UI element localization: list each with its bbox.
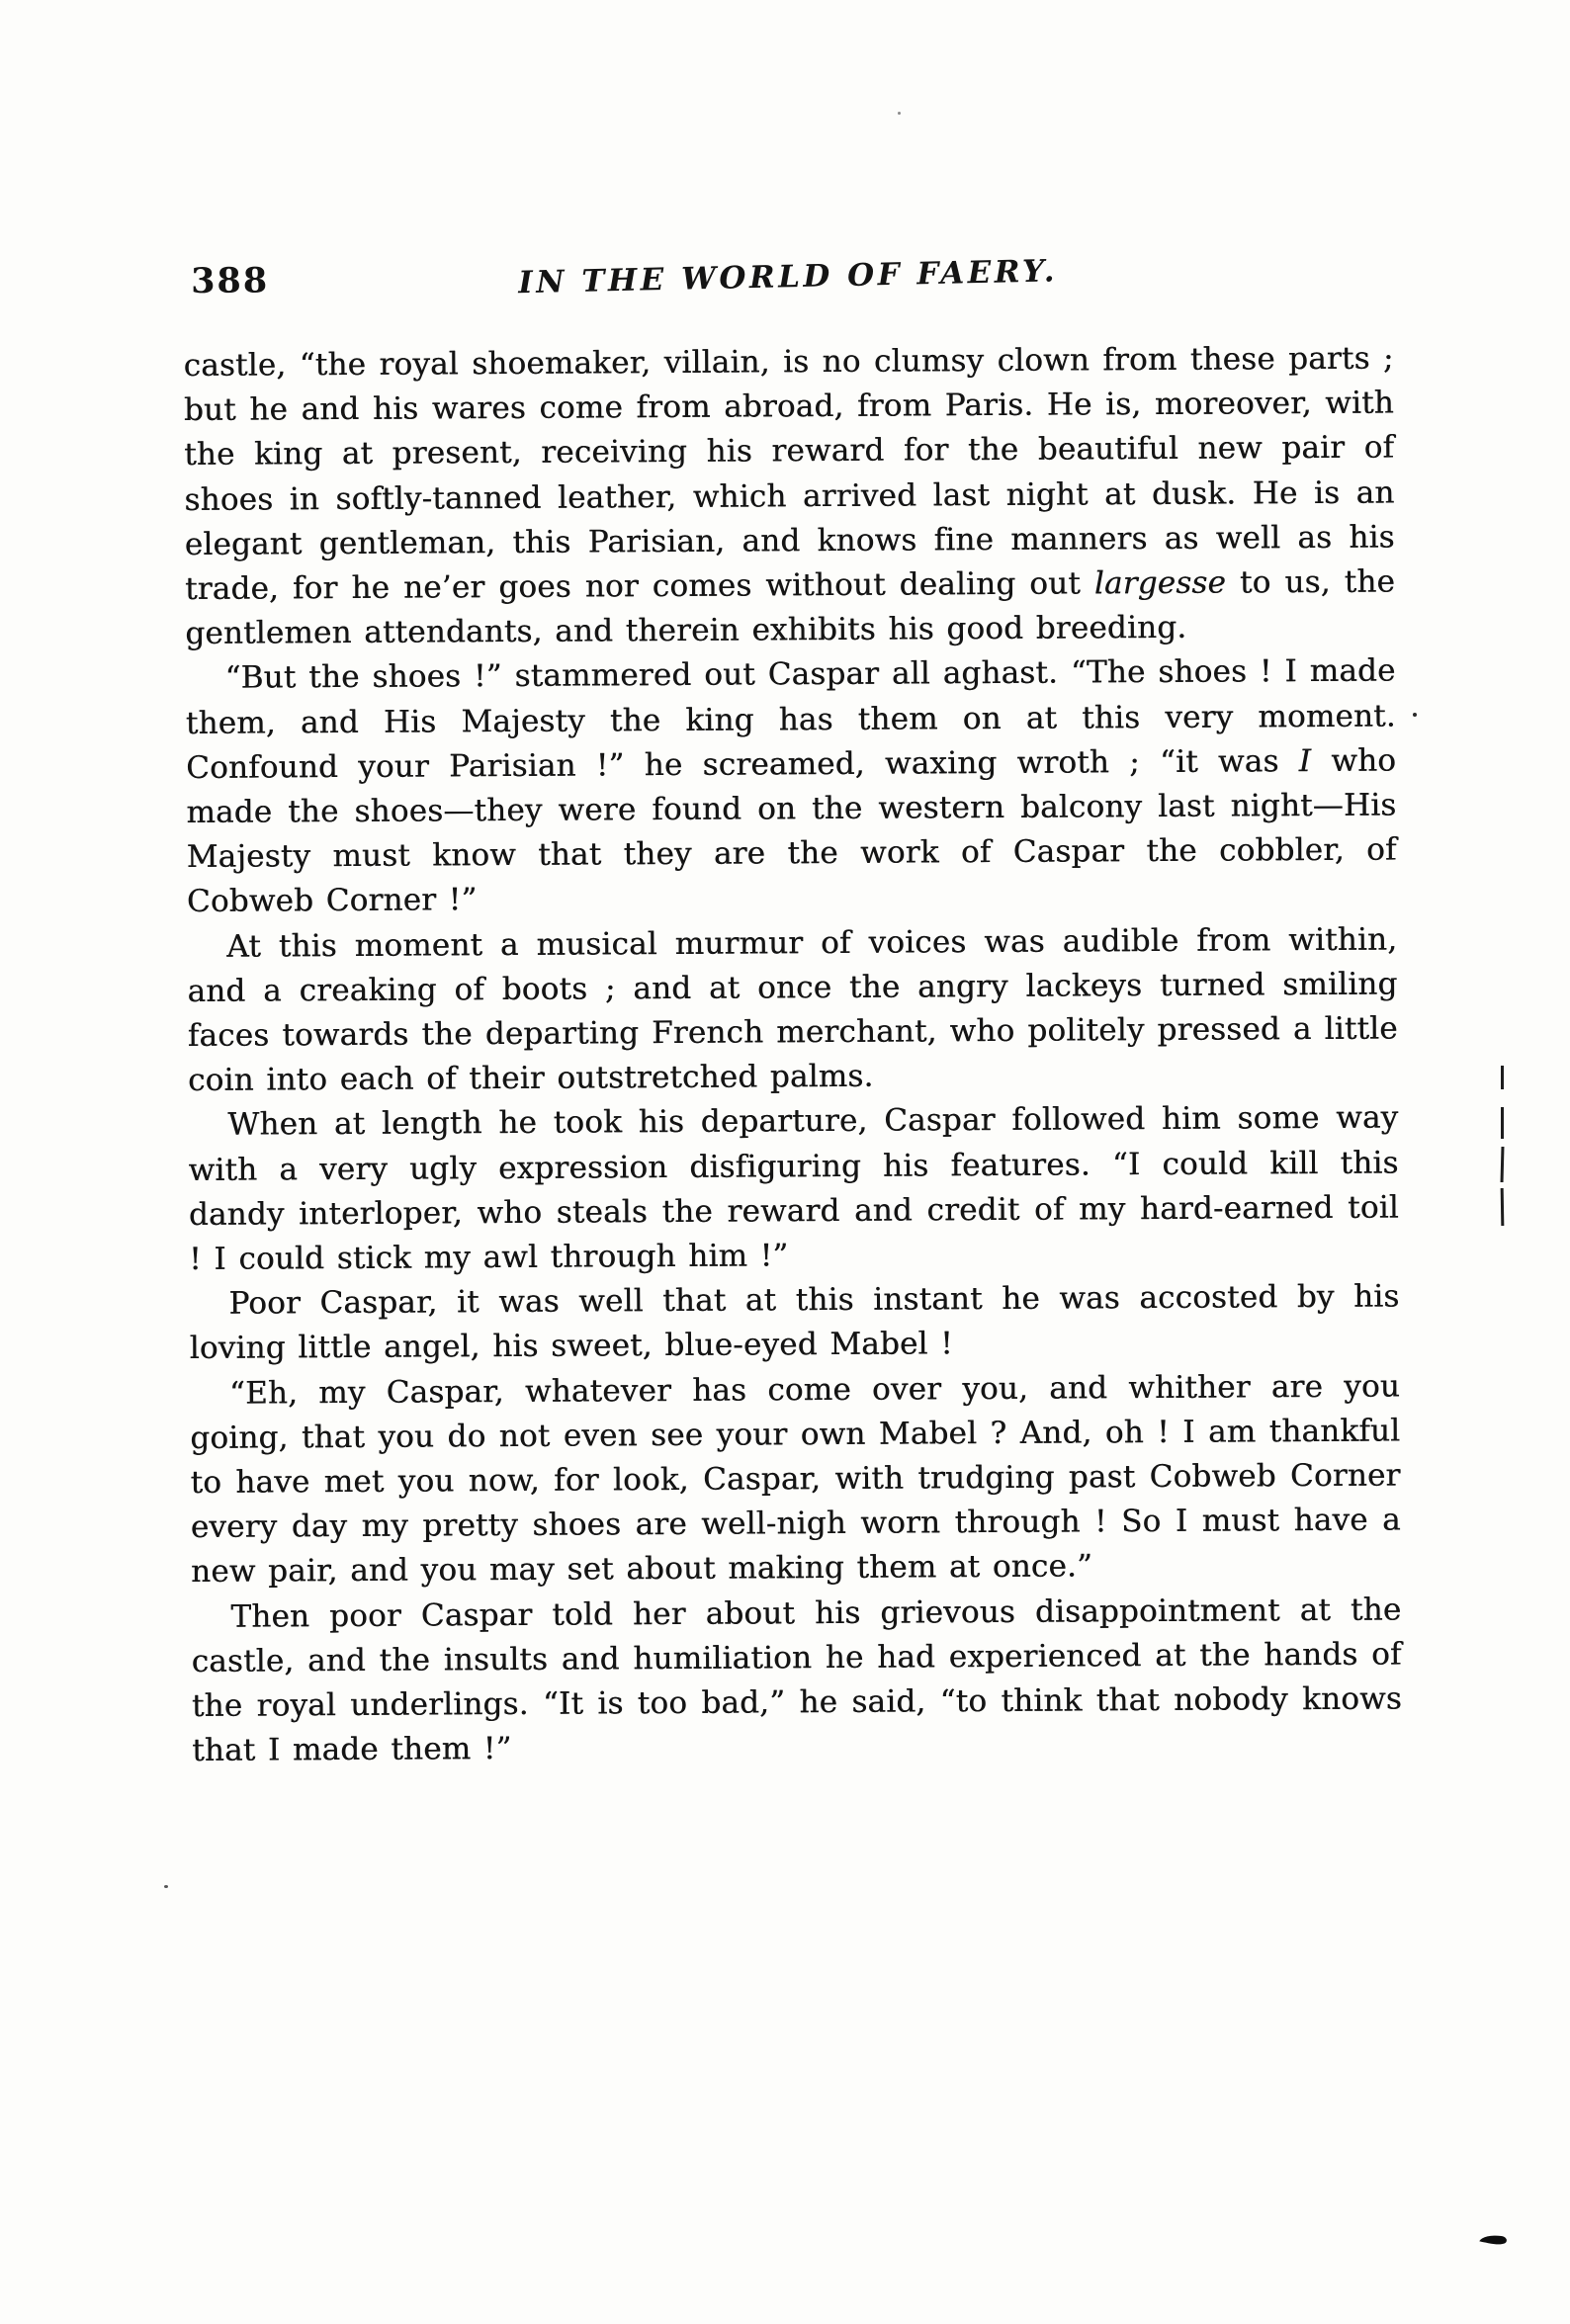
- paragraph-1-italic-word: largesse: [1094, 565, 1226, 602]
- paragraph-2-italic-word: I: [1299, 743, 1312, 779]
- paragraph-7: Then poor Caspar told her about his grie…: [191, 1588, 1402, 1773]
- margin-pencil-mark: [1501, 1147, 1505, 1182]
- paragraph-2-text: “But the shoes !” stammered out Caspar a…: [186, 653, 1396, 786]
- page-header: 388 IN THE WORLD OF FAERY.: [183, 254, 1393, 308]
- paragraph-6: “Eh, my Caspar, whatever has come over y…: [190, 1364, 1401, 1594]
- ink-speck: [898, 112, 901, 115]
- ink-speck: [1413, 713, 1417, 717]
- body-text: castle, “the royal shoemaker, villain, i…: [184, 337, 1403, 1774]
- paragraph-7-text: Then poor Caspar told her about his grie…: [192, 1592, 1402, 1768]
- paragraph-3-text: At this moment a musical murmur of voice…: [187, 921, 1397, 1098]
- margin-pencil-mark: [1501, 1066, 1504, 1089]
- paragraph-3: At this moment a musical murmur of voice…: [187, 917, 1398, 1103]
- paragraph-5-text: Poor Caspar, it was well that at this in…: [190, 1279, 1400, 1367]
- paragraph-5: Poor Caspar, it was well that at this in…: [189, 1275, 1400, 1372]
- ink-speck: [164, 1885, 168, 1888]
- paragraph-4-text: When at length he took his departure, Ca…: [189, 1100, 1399, 1277]
- paragraph-6-text: “Eh, my Caspar, whatever has come over y…: [190, 1368, 1401, 1590]
- book-page-scan: 388 IN THE WORLD OF FAERY. castle, “the …: [0, 0, 1570, 2324]
- ink-blot: [1479, 2233, 1509, 2245]
- paragraph-2: “But the shoes !” stammered out Caspar a…: [185, 649, 1397, 925]
- text-block: 388 IN THE WORLD OF FAERY. castle, “the …: [183, 254, 1402, 1774]
- running-title: IN THE WORLD OF FAERY.: [183, 246, 1393, 308]
- margin-pencil-mark: [1501, 1188, 1505, 1226]
- paragraph-1: castle, “the royal shoemaker, villain, i…: [184, 337, 1396, 657]
- margin-pencil-mark: [1501, 1107, 1504, 1139]
- paragraph-4: When at length he took his departure, Ca…: [188, 1096, 1399, 1282]
